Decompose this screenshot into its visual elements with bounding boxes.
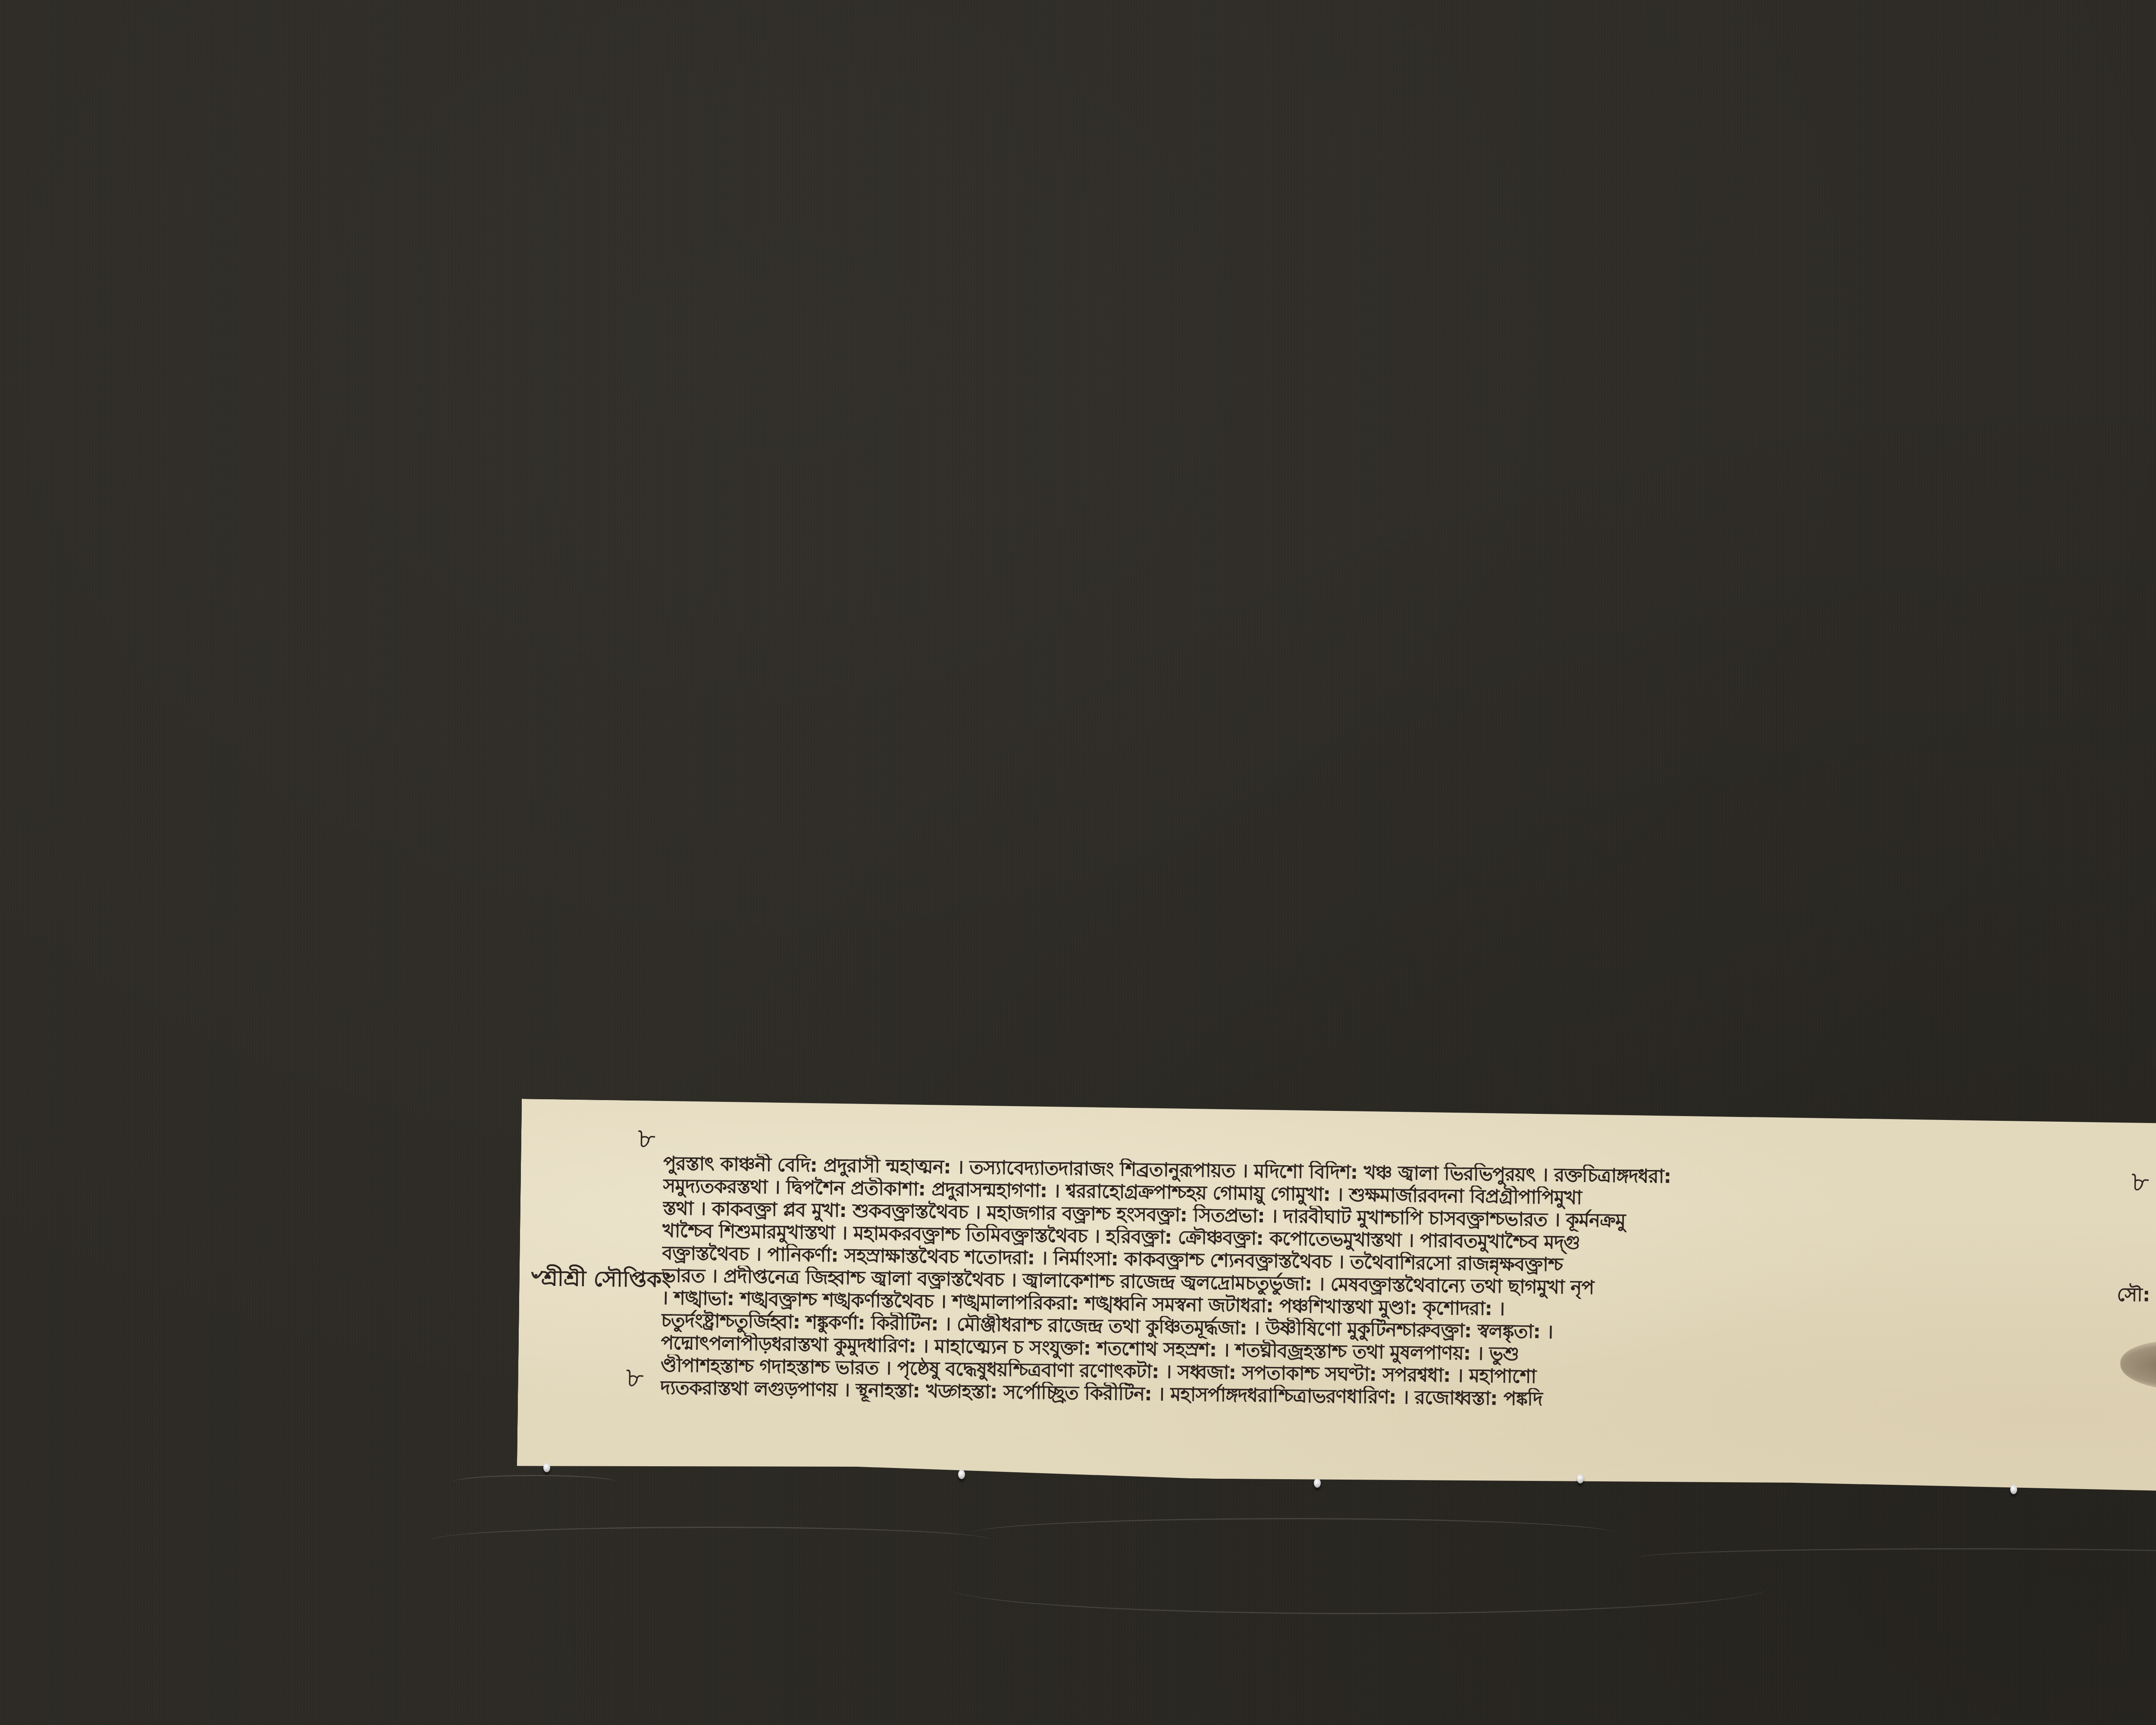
mounting-pin (543, 1463, 550, 1472)
ink-smudge (2120, 1340, 2156, 1391)
mounting-pin (1314, 1478, 1321, 1488)
mounting-pin (1577, 1474, 1584, 1483)
board-scratch (453, 1475, 617, 1489)
board-scratch (949, 1561, 1768, 1614)
folio-numeral-right-top: ৮ (2131, 1161, 2150, 1207)
margin-title-right: সৌ: শ্রীশ্রী: ৮ (2117, 1280, 2156, 1313)
board-scratch (970, 1518, 1617, 1549)
margin-title-left: ৺শ্রীশ্রী সৌপ্তিকং (528, 1262, 671, 1299)
mounting-pin (2010, 1485, 2017, 1494)
manuscript-leaf: ৮ ৮ ৮ ৮ ৺শ্রীশ্রী সৌপ্তিকং সৌ: শ্রীশ্রী:… (517, 1099, 2156, 1492)
board-scratch (1639, 1548, 2156, 1567)
manuscript-text: পুরস্তাৎ কাঞ্চনী বেদি: প্রদুরাসী ন্মহাত্… (660, 1152, 2099, 1418)
board-scratch (431, 1527, 992, 1554)
folio-numeral-left-bottom: ৮ (626, 1357, 644, 1403)
folio-numeral-left-top: ৮ (637, 1118, 656, 1164)
mounting-pin (958, 1470, 965, 1479)
